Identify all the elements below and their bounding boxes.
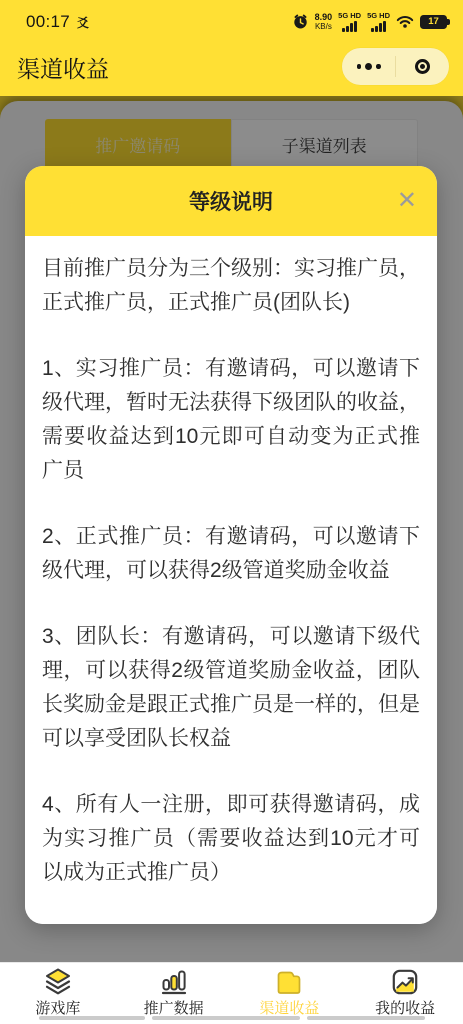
bar-chart-icon bbox=[159, 967, 189, 997]
page-title: 渠道收益 bbox=[17, 51, 109, 84]
layers-icon bbox=[43, 967, 73, 997]
nav-item-my-revenue[interactable]: 我的收益 bbox=[347, 963, 463, 1024]
folder-icon bbox=[274, 967, 304, 997]
nav-item-promotion-data[interactable]: 推广数据 bbox=[116, 963, 232, 1024]
content-area: 推广邀请码 子渠道列表 等级说明 ✕ 目前推广员分为三个级别：实习推广员，正式推… bbox=[0, 96, 463, 962]
level-description-modal: 等级说明 ✕ 目前推广员分为三个级别：实习推广员，正式推广员，正式推广员(团队长… bbox=[25, 166, 437, 924]
target-circle-icon bbox=[415, 59, 430, 74]
level-2-text: 2、正式推广员：有邀请码，可以邀请下级代理，可以获得2级管道奖励金收益 bbox=[42, 520, 420, 588]
wifi-icon bbox=[396, 14, 414, 29]
status-bar: 00:17 爻 8.90 KB/s 5G HD 5G HD bbox=[0, 0, 463, 38]
sim2-signal-icon: 5G HD bbox=[367, 12, 390, 32]
alarm-clock-icon bbox=[292, 13, 309, 30]
close-miniprogram-button[interactable] bbox=[396, 48, 449, 85]
nav-item-channel-revenue[interactable]: 渠道收益 bbox=[232, 963, 348, 1024]
nav-item-game-library[interactable]: 游戏库 bbox=[0, 963, 116, 1024]
modal-title: 等级说明 bbox=[189, 186, 273, 216]
level-4-text: 4、所有人一注册，即可获得邀请码，成为实习推广员（需要收益达到10元才可以成为正… bbox=[42, 788, 420, 890]
battery-icon: 17 bbox=[420, 15, 447, 29]
close-icon[interactable]: ✕ bbox=[393, 185, 421, 217]
level-1-text: 1、实习推广员：有邀请码，可以邀请下级代理，暂时无法获得下级团队的收益，需要收益… bbox=[42, 352, 420, 488]
sim1-signal-icon: 5G HD bbox=[338, 12, 361, 32]
more-button[interactable] bbox=[342, 48, 395, 85]
level-intro-text: 目前推广员分为三个级别：实习推广员，正式推广员，正式推广员(团队长) bbox=[42, 252, 420, 320]
level-3-text: 3、团队长：有邀请码，可以邀请下级代理，可以获得2级管道奖励金收益，团队长奖励金… bbox=[42, 620, 420, 756]
ime-indicator: 爻 bbox=[77, 14, 89, 31]
modal-body: 目前推广员分为三个级别：实习推广员，正式推广员，正式推广员(团队长) 1、实习推… bbox=[25, 236, 437, 924]
bottom-nav: 游戏库 推广数据 渠道收益 我的收益 bbox=[0, 962, 463, 1024]
modal-header: 等级说明 ✕ bbox=[25, 166, 437, 236]
app-screen: 00:17 爻 8.90 KB/s 5G HD 5G HD bbox=[0, 0, 463, 1024]
app-header: 渠道收益 bbox=[0, 38, 463, 96]
network-speed: 8.90 KB/s bbox=[315, 13, 333, 30]
clock-time: 00:17 bbox=[26, 12, 70, 32]
trend-chart-icon bbox=[390, 967, 420, 997]
home-indicator bbox=[39, 1016, 425, 1020]
miniprogram-capsule bbox=[342, 48, 449, 85]
more-icon bbox=[357, 63, 381, 70]
